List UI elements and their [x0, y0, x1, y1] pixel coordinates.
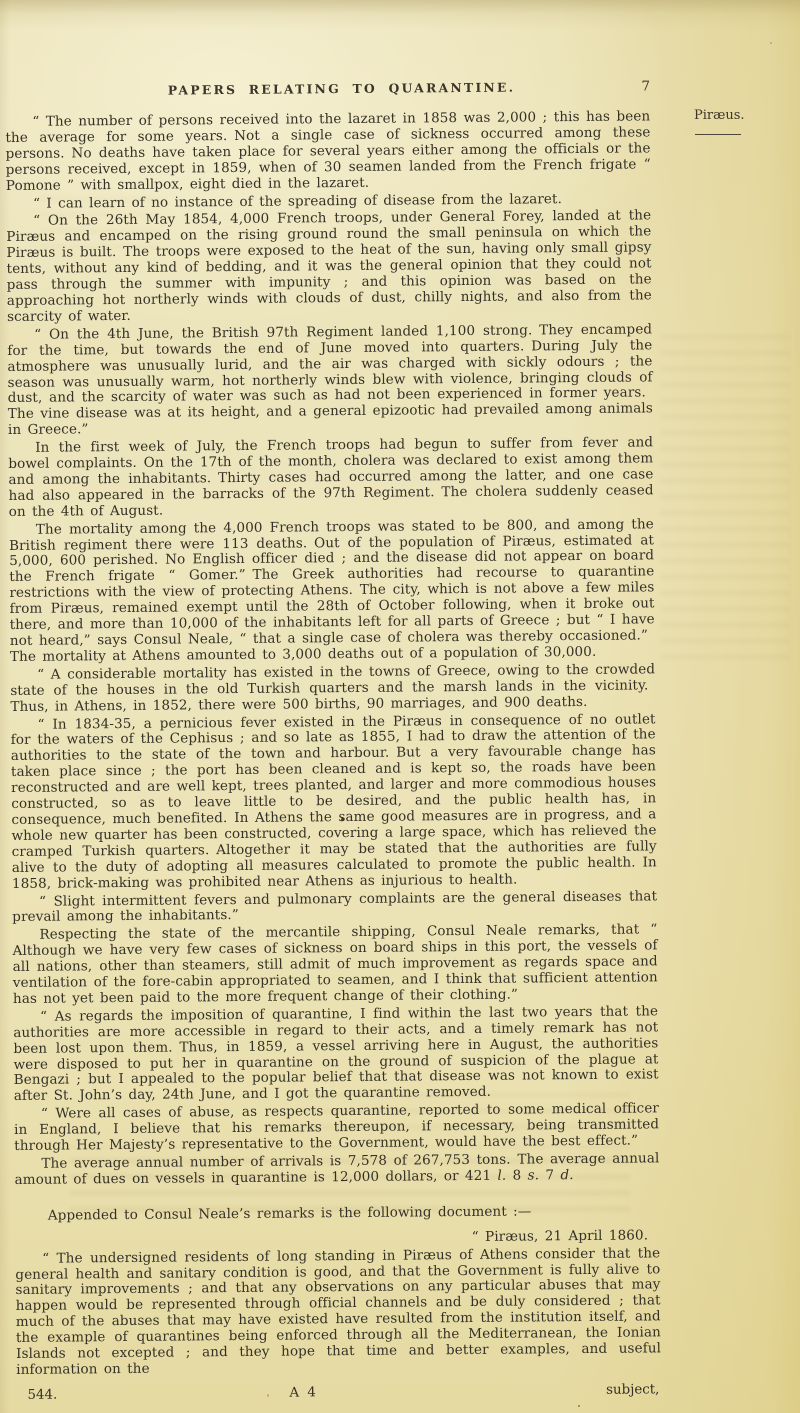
pence-abbrev: d. — [560, 1167, 573, 1183]
paragraph-prevailing-diseases: “ Slight intermittent fevers and pulmona… — [12, 889, 657, 926]
scanned-document-page: PAPERS RELATING TO QUARANTINE. 7 “ The n… — [0, 0, 800, 1413]
paragraph-towns-mortality: “ A considerable mortality has existed i… — [10, 662, 655, 715]
paragraph-cholera-outbreak: In the first week of July, the French tr… — [8, 435, 654, 520]
shillings-abbrev: s. — [528, 1167, 540, 1183]
paragraph-abuse-reporting: “ Were all cases of abuse, as respects q… — [14, 1102, 659, 1155]
paragraph-mortality-figures: The mortality among the 4,000 French tro… — [9, 517, 655, 666]
appended-intro-line: Appended to Consul Neale’s remarks is th… — [15, 1203, 660, 1225]
dues-text: 8 — [506, 1167, 527, 1183]
running-header-title: PAPERS RELATING TO QUARANTINE. — [168, 80, 516, 98]
paragraph-arrivals-dues: The average annual number of arrivals is… — [14, 1151, 659, 1188]
margin-note: Piræus. — [694, 108, 745, 135]
ink-speck — [770, 42, 772, 44]
page-number: 7 — [613, 78, 650, 94]
paragraph-quarantine-imposition: “ As regards the imposition of quarantin… — [13, 1004, 659, 1105]
paragraph-mercantile-shipping: Respecting the state of the mercantile s… — [12, 923, 658, 1008]
text-block: PAPERS RELATING TO QUARANTINE. 7 “ The n… — [5, 78, 662, 1404]
margin-note-rule — [695, 134, 741, 135]
running-header: PAPERS RELATING TO QUARANTINE. 7 — [5, 78, 650, 99]
page-footer: 544. A 4 subject, — [16, 1382, 661, 1405]
catchword: subject, — [606, 1382, 659, 1397]
paragraph-french-troops-1854: “ On the 26th May 1854, 4,000 French tro… — [6, 209, 652, 326]
body-text: “ The number of persons received into th… — [5, 109, 661, 1378]
signature-number: 544. — [27, 1387, 57, 1402]
ink-speck — [578, 1405, 580, 1407]
paragraph-sanitary-improvements: “ In 1834-35, a pernicious fever existed… — [11, 712, 658, 893]
press-mark: A 4 — [289, 1385, 318, 1400]
dues-text: 7 — [539, 1167, 560, 1183]
margin-note-label: Piræus. — [694, 108, 745, 123]
pounds-abbrev: l. — [497, 1168, 506, 1184]
letter-body: “ The undersigned residents of long stan… — [15, 1246, 661, 1379]
bleed-through-texture — [660, 330, 790, 660]
paragraph-lazaret-numbers: “ The number of persons received into th… — [5, 109, 651, 194]
paragraph-97th-regiment: “ On the 4th June, the British 97th Regi… — [7, 322, 653, 439]
